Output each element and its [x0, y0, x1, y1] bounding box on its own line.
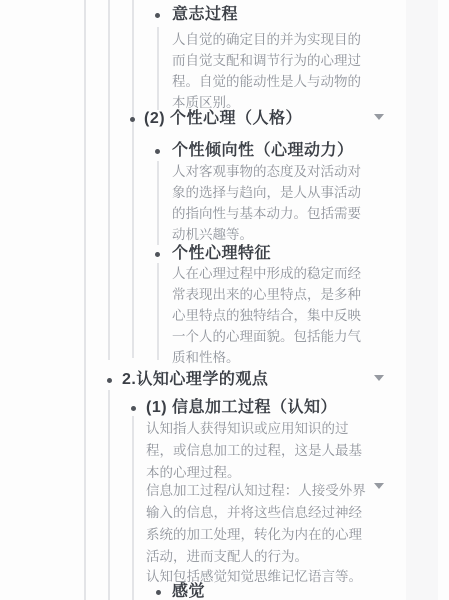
thread-line-subsection2: [132, 416, 134, 600]
thread-line-subsection1: [132, 0, 134, 358]
bullet-icon[interactable]: [107, 378, 112, 383]
bullet-icon[interactable]: [130, 117, 135, 122]
right-edge-shading: [406, 0, 438, 600]
thread-line-section2: [108, 390, 110, 600]
bullet-icon[interactable]: [155, 13, 160, 18]
note-volition-process[interactable]: 人自觉的确定目的并为实现目的而自觉支配和调节行为的心理过程。自觉的能动性是人与动…: [172, 29, 368, 113]
bullet-icon[interactable]: [131, 406, 136, 411]
thread-line-note-traits: [157, 263, 159, 360]
thread-line-note-orientation: [157, 161, 159, 245]
bullet-icon[interactable]: [155, 252, 160, 257]
thread-line-root: [84, 0, 86, 600]
outline-item-personality-traits[interactable]: 个性心理特征: [172, 243, 271, 265]
note-cognition-definition[interactable]: 认知指人获得知识或应用知识的过程，或信息加工的过程，这是人最基本的心理过程。: [146, 418, 371, 484]
thread-line-section1: [108, 0, 110, 360]
outline-item-personality-orientation[interactable]: 个性倾向性（心理动力）: [172, 140, 354, 162]
outline-item-sensation[interactable]: 感觉: [172, 581, 205, 600]
thread-line-note-volition: [157, 27, 159, 110]
outline-item-information-processing[interactable]: (1) 信息加工过程（认知）: [146, 397, 337, 419]
note-information-processing-definition[interactable]: 信息加工过程/认知过程：人接受外界输入的信息，并将这些信息经过神经系统的加工处理…: [146, 480, 371, 568]
note-personality-traits[interactable]: 人在心理过程中形成的稳定而经常表现出来的心里特点，是多种心里特点的独特结合，集中…: [172, 263, 368, 368]
bullet-icon[interactable]: [155, 149, 160, 154]
collapse-toggle-icon[interactable]: [374, 483, 384, 489]
outline-item-volition-process[interactable]: 意志过程: [172, 4, 238, 26]
bullet-icon[interactable]: [156, 590, 161, 595]
note-personality-orientation[interactable]: 人对客观事物的态度及对活动对象的选择与趋向，是人从事活动的指向性与基本动力。包括…: [172, 161, 368, 245]
collapse-toggle-icon[interactable]: [374, 375, 384, 381]
outline-canvas: 意志过程 人自觉的确定目的并为实现目的而自觉支配和调节行为的心理过程。自觉的能动…: [0, 0, 449, 600]
outline-item-cognitive-psychology-view[interactable]: 2.认知心理学的观点: [122, 369, 268, 391]
outline-item-personality-psychology[interactable]: (2) 个性心理（人格）: [144, 108, 302, 130]
collapse-toggle-icon[interactable]: [374, 114, 384, 120]
